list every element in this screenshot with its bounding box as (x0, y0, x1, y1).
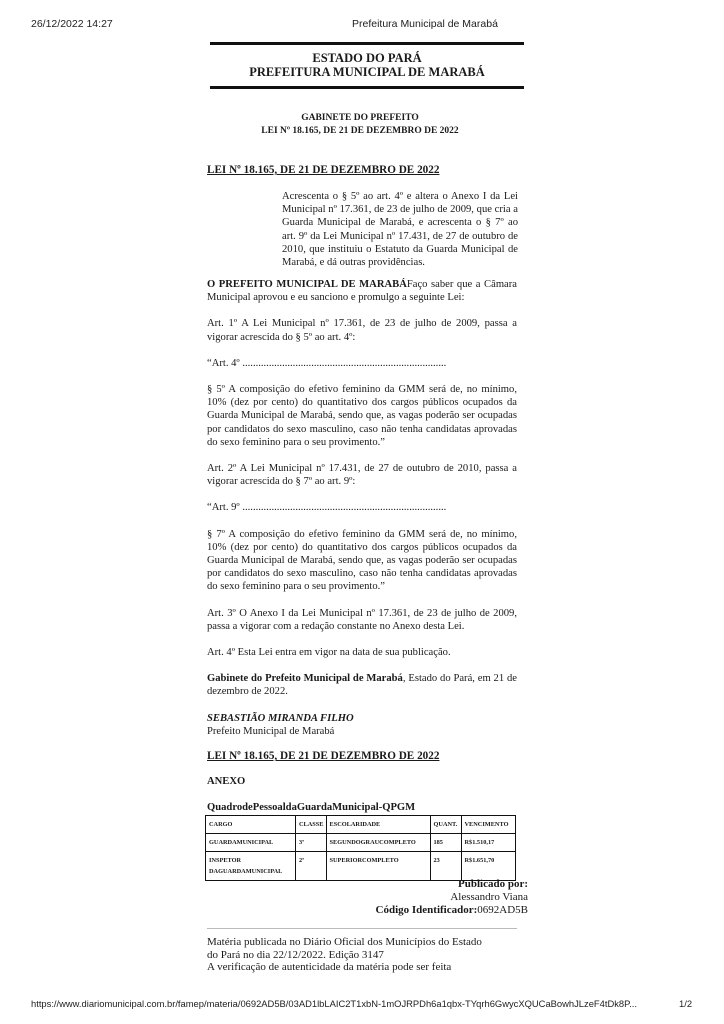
closing-office: Gabinete do Prefeito Municipal de Marabá (207, 673, 403, 684)
annex-subheading: QuadrodePessoaldaGuardaMunicipal-QPGM (207, 801, 517, 814)
law-title-block: LEI Nº 18.165, DE 21 DE DEZEMBRO DE 2022 (207, 164, 517, 177)
annex-heading: ANEXO (207, 775, 517, 788)
cell-classe: 2ª (296, 852, 327, 881)
cell-vencimento: R$1.510,17 (461, 834, 515, 852)
header-vencimento: VENCIMENTO (461, 816, 515, 834)
footer-note-line: A verificação de autenticidade da matéri… (207, 961, 527, 974)
preamble-authority: O PREFEITO MUNICIPAL DE MARABÁ (207, 279, 407, 290)
header-escolaridade: ESCOLARIDADE (326, 816, 430, 834)
article-4: Art. 4º Esta Lei entra em vigor na data … (207, 646, 517, 659)
footer-note-line: Matéria publicada no Diário Oficial dos … (207, 936, 527, 949)
cell-classe: 3ª (296, 834, 327, 852)
footer-note: Matéria publicada no Diário Oficial dos … (207, 936, 527, 974)
cell-quant: 23 (430, 852, 461, 881)
article-9-quote: “Art. 9º ...............................… (207, 501, 517, 514)
footer-divider (207, 928, 517, 929)
identifier-label: Código Identificador: (376, 904, 478, 916)
masthead-top-rule (210, 42, 524, 45)
preamble: O PREFEITO MUNICIPAL DE MARABÁFaço saber… (207, 278, 517, 304)
cabinet-law-ref: LEI Nº 18.165, DE 21 DE DEZEMBRO DE 2022 (150, 125, 570, 138)
paragraph-7: § 7º A composição do efetivo feminino da… (207, 528, 517, 594)
cabinet-name: GABINETE DO PREFEITO (150, 112, 570, 125)
table-header-row: CARGO CLASSE ESCOLARIDADE QUANT. VENCIME… (206, 816, 516, 834)
page-number: 1/2 (679, 998, 692, 1009)
qpgm-table: CARGO CLASSE ESCOLARIDADE QUANT. VENCIME… (205, 815, 516, 881)
header-classe: CLASSE (296, 816, 327, 834)
source-url[interactable]: https://www.diariomunicipal.com.br/famep… (31, 998, 637, 1009)
article-2: Art. 2º A Lei Municipal nº 17.431, de 27… (207, 462, 517, 488)
masthead-bottom-rule (210, 86, 524, 89)
table-row: GUARDAMUNICIPAL 3ª SEGUNDOGRAUCOMPLETO 1… (206, 834, 516, 852)
cell-vencimento: R$1.651,70 (461, 852, 515, 881)
article-1: Art. 1º A Lei Municipal nº 17.361, de 23… (207, 317, 517, 343)
table-row: INSPETOR DAGUARDAMUNICIPAL 2ª SUPERIORCO… (206, 852, 516, 881)
law-title: LEI Nº 18.165, DE 21 DE DEZEMBRO DE 2022 (207, 164, 517, 177)
identifier-value: 0692AD5B (477, 904, 528, 916)
signatory-role: Prefeito Municipal de Marabá (207, 725, 517, 738)
masthead-city-hall: PREFEITURA MUNICIPAL DE MARABÁ (210, 65, 524, 79)
cell-cargo: GUARDAMUNICIPAL (206, 834, 296, 852)
annex-law-title: LEI Nº 18.165, DE 21 DE DEZEMBRO DE 2022 (207, 750, 517, 763)
paragraph-5: § 5º A composição do efetivo feminino da… (207, 383, 517, 449)
cell-escolaridade: SUPERIORCOMPLETO (326, 852, 430, 881)
signatory-name: SEBASTIÃO MIRANDA FILHO (207, 712, 517, 725)
print-header: 26/12/2022 14:27 Prefeitura Municipal de… (0, 18, 724, 32)
article-3: Art. 3º O Anexo I da Lei Municipal nº 17… (207, 607, 517, 633)
article-4-quote: “Art. 4º ...............................… (207, 357, 517, 370)
cell-escolaridade: SEGUNDOGRAUCOMPLETO (326, 834, 430, 852)
published-by: Alessandro Viana (376, 891, 528, 904)
identifier-code: Código Identificador:0692AD5B (376, 904, 528, 917)
masthead: ESTADO DO PARÁ PREFEITURA MUNICIPAL DE M… (210, 42, 524, 89)
law-summary: Acrescenta o § 5º ao art. 4º e altera o … (282, 190, 518, 269)
header-cargo: CARGO (206, 816, 296, 834)
cabinet-heading: GABINETE DO PREFEITO LEI Nº 18.165, DE 2… (150, 112, 570, 138)
cell-cargo: INSPETOR DAGUARDAMUNICIPAL (206, 852, 296, 881)
law-body: O PREFEITO MUNICIPAL DE MARABÁFaço saber… (207, 278, 517, 815)
header-quant: QUANT. (430, 816, 461, 834)
print-page-title: Prefeitura Municipal de Marabá (352, 18, 498, 30)
cell-quant: 185 (430, 834, 461, 852)
publication-info: Publicado por: Alessandro Viana Código I… (376, 878, 528, 917)
closing: Gabinete do Prefeito Municipal de Marabá… (207, 672, 517, 698)
masthead-state: ESTADO DO PARÁ (210, 51, 524, 65)
footer-note-line: do Pará no dia 22/12/2022. Edição 3147 (207, 949, 527, 962)
published-by-label: Publicado por: (376, 878, 528, 891)
print-datetime: 26/12/2022 14:27 (31, 18, 113, 30)
